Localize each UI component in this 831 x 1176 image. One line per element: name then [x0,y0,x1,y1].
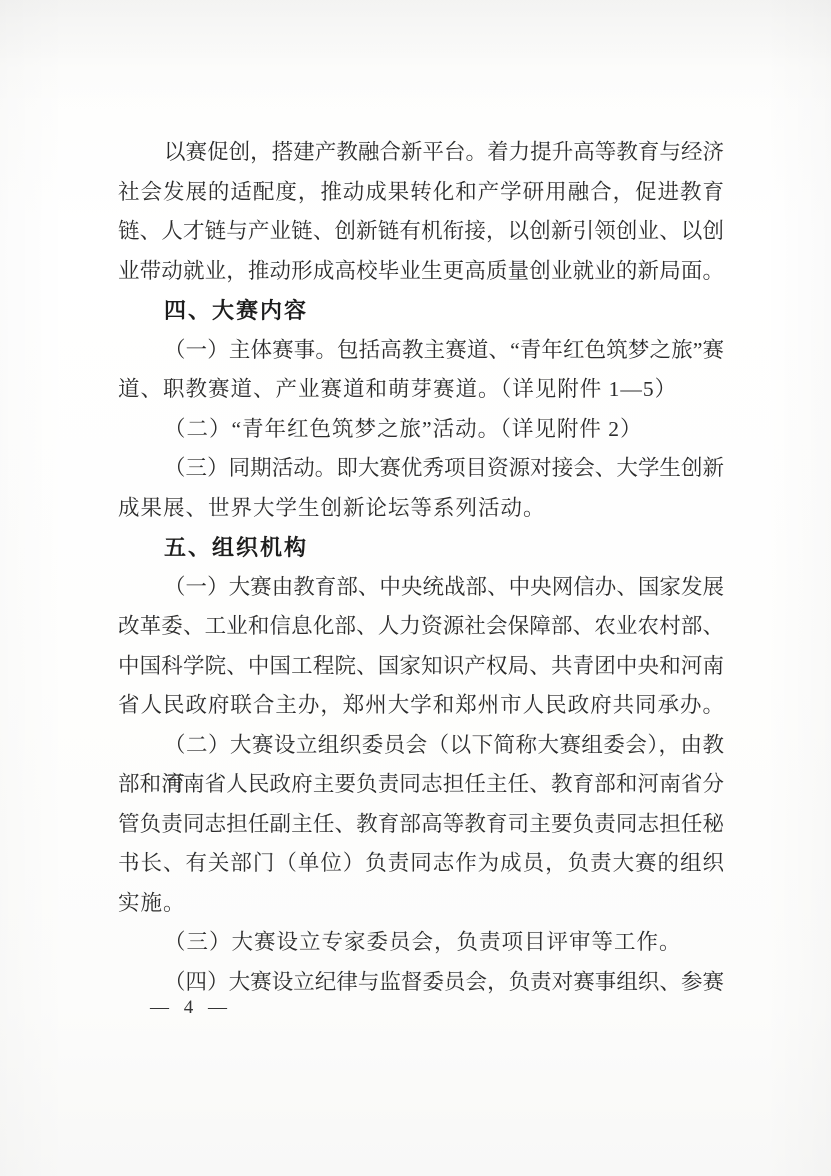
text-line: （三）同期活动。即大赛优秀项目资源对接会、大学生创新 [118,449,724,489]
text-line: （一）大赛由教育部、中央统战部、中央网信办、国家发展 [118,568,724,608]
text-line: 省人民政府联合主办，郑州大学和郑州市人民政府共同承办。 [118,686,724,726]
text-line: （三）大赛设立专家委员会，负责项目评审等工作。 [118,923,724,963]
text-line: 业带动就业，推动形成高校毕业生更高质量创业就业的新局面。 [118,252,724,292]
page-number: — 4 — [150,997,232,1019]
text-line: 道、职教赛道、产业赛道和萌芽赛道。（详见附件 1—5） [118,370,724,410]
document-page: 以赛促创，搭建产教融合新平台。着力提升高等教育与经济社会发展的适配度，推动成果转… [0,0,831,1176]
text-line: （二）大赛设立组织委员会（以下简称大赛组委会），由教育 [118,726,724,766]
text-line: 部和河南省人民政府主要负责同志担任主任、教育部和河南省分 [118,765,724,805]
text-line: （一）主体赛事。包括高教主赛道、“青年红色筑梦之旅”赛 [118,331,724,371]
text-line: 改革委、工业和信息化部、人力资源社会保障部、农业农村部、 [118,607,724,647]
document-body: 以赛促创，搭建产教融合新平台。着力提升高等教育与经济社会发展的适配度，推动成果转… [118,133,724,1002]
section-heading: 五、组织机构 [118,528,724,568]
text-line: 链、人才链与产业链、创新链有机衔接，以创新引领创业、以创 [118,212,724,252]
section-heading: 四、大赛内容 [118,291,724,331]
text-line: 成果展、世界大学生创新论坛等系列活动。 [118,489,724,529]
text-line: （二）“青年红色筑梦之旅”活动。（详见附件 2） [118,410,724,450]
text-line: 实施。 [118,884,724,924]
text-line: 社会发展的适配度，推动成果转化和产学研用融合，促进教育 [118,173,724,213]
text-line: 书长、有关部门（单位）负责同志作为成员，负责大赛的组织 [118,844,724,884]
text-line: 中国科学院、中国工程院、国家知识产权局、共青团中央和河南 [118,647,724,687]
text-line: 以赛促创，搭建产教融合新平台。着力提升高等教育与经济 [118,133,724,173]
text-line: 管负责同志担任副主任、教育部高等教育司主要负责同志担任秘 [118,805,724,845]
